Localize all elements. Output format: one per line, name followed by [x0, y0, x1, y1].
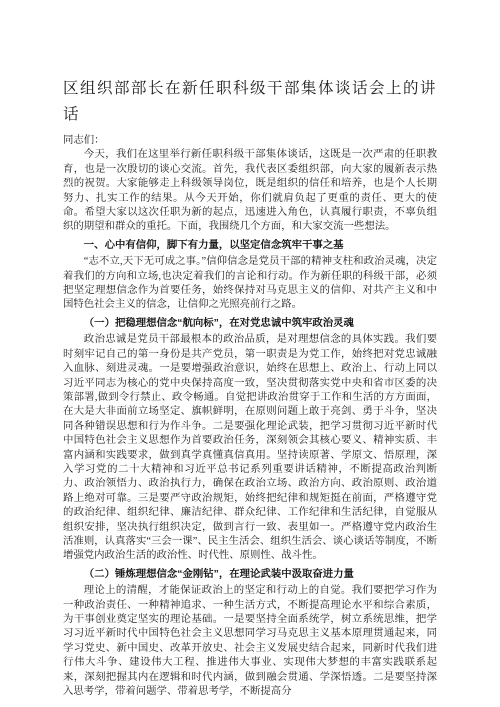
document-body: 今天，我们在这里举行新任职科级干部集体谈话，这既是一次严肃的任职教育，也是一次殷… — [63, 148, 437, 699]
salutation: 同志们： — [63, 134, 437, 148]
section-heading-level-2: （一）把稳理想信念“航向标”，在对党忠诚中筑牢政治灵魂 — [63, 317, 437, 331]
document-title: 区组织部部长在新任职科级干部集体谈话会上的讲话 — [63, 76, 437, 128]
paragraph: 理论上的清醒，才能保证政治上的坚定和行动上的自觉。我们要把学习作为一种政治责任、… — [63, 584, 437, 699]
document-page: 区组织部部长在新任职科级干部集体谈话会上的讲话 同志们： 今天，我们在这里举行新… — [0, 0, 500, 707]
paragraph: “志不立,天下无可成之事。”信仰信念是党员干部的精神支柱和政治灵魂，决定着我们的… — [63, 255, 437, 313]
paragraph: 今天，我们在这里举行新任职科级干部集体谈话，这既是一次严肃的任职教育，也是一次殷… — [63, 148, 437, 234]
document-body-container: 同志们： 今天，我们在这里举行新任职科级干部集体谈话，这既是一次严肃的任职教育，… — [63, 134, 437, 699]
section-heading-level-2: （二）锤炼理想信念“金刚钻”，在理论武装中汲取奋进力量 — [63, 568, 437, 582]
section-heading-level-1: 一、心中有信仰，脚下有力量，以坚定信念筑牢干事之基 — [63, 239, 437, 253]
paragraph: 政治忠诚是党员干部最根本的政治品质，是对理想信念的具体实践。我们要时刻牢记自己的… — [63, 333, 437, 564]
